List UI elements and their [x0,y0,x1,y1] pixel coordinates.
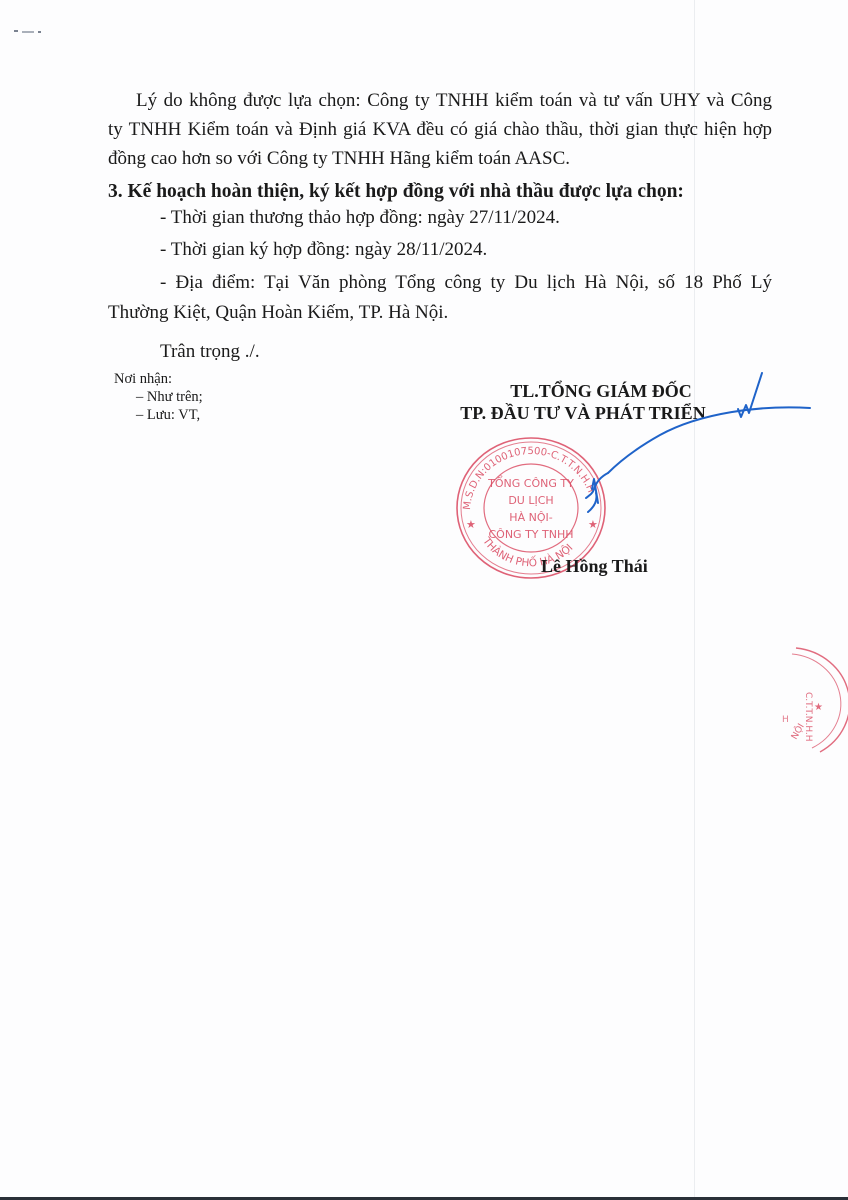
recipients-block: Nơi nhận: – Như trên; – Lưu: VT, [114,370,203,424]
svg-text:★: ★ [814,702,823,713]
reason-paragraph-line-1: Lý do không được lựa chọn: Công ty TNHH … [136,89,772,113]
document-page: Lý do không được lựa chọn: Công ty TNHH … [0,0,848,1200]
svg-text:C.T.T.N.H.H: C.T.T.N.H.H [803,692,813,742]
signer-name: Lê Hồng Thái [541,556,648,577]
negotiation-date-item: - Thời gian thương thảo hợp đồng: ngày 2… [160,206,560,230]
reason-paragraph-line-3: đồng cao hơn so với Công ty TNHH Hãng ki… [108,147,570,171]
svg-text:★: ★ [466,519,476,531]
partial-seal-icon: C.T.T.N.H.H ★ NỘI H [776,640,848,760]
closing-salutation: Trân trọng ./. [160,340,260,364]
scan-artifact-speck [14,30,44,34]
reason-paragraph-line-2: ty TNHH Kiểm toán và Định giá KVA đều có… [108,118,772,142]
location-item-line-2: Thường Kiệt, Quận Hoàn Kiếm, TP. Hà Nội. [108,301,448,325]
section-3-heading: 3. Kế hoạch hoàn thiện, ký kết hợp đồng … [108,180,684,204]
location-item-line-1: - Địa điểm: Tại Văn phòng Tổng công ty D… [160,271,772,295]
handwritten-signature-icon [560,365,825,525]
signing-date-item: - Thời gian ký hợp đồng: ngày 28/11/2024… [160,238,487,262]
seal-inner-line: HÀ NỘI- [509,511,552,524]
seal-inner-line: DU LỊCH [508,494,553,507]
scan-artifact-line [694,0,695,1200]
recipients-label: Nơi nhận: [114,370,203,388]
seal-inner-line: CÔNG TY TNHH [488,528,573,541]
svg-text:H: H [782,715,789,725]
recipient-item: – Như trên; [114,388,203,406]
recipient-item: – Lưu: VT, [114,406,203,424]
